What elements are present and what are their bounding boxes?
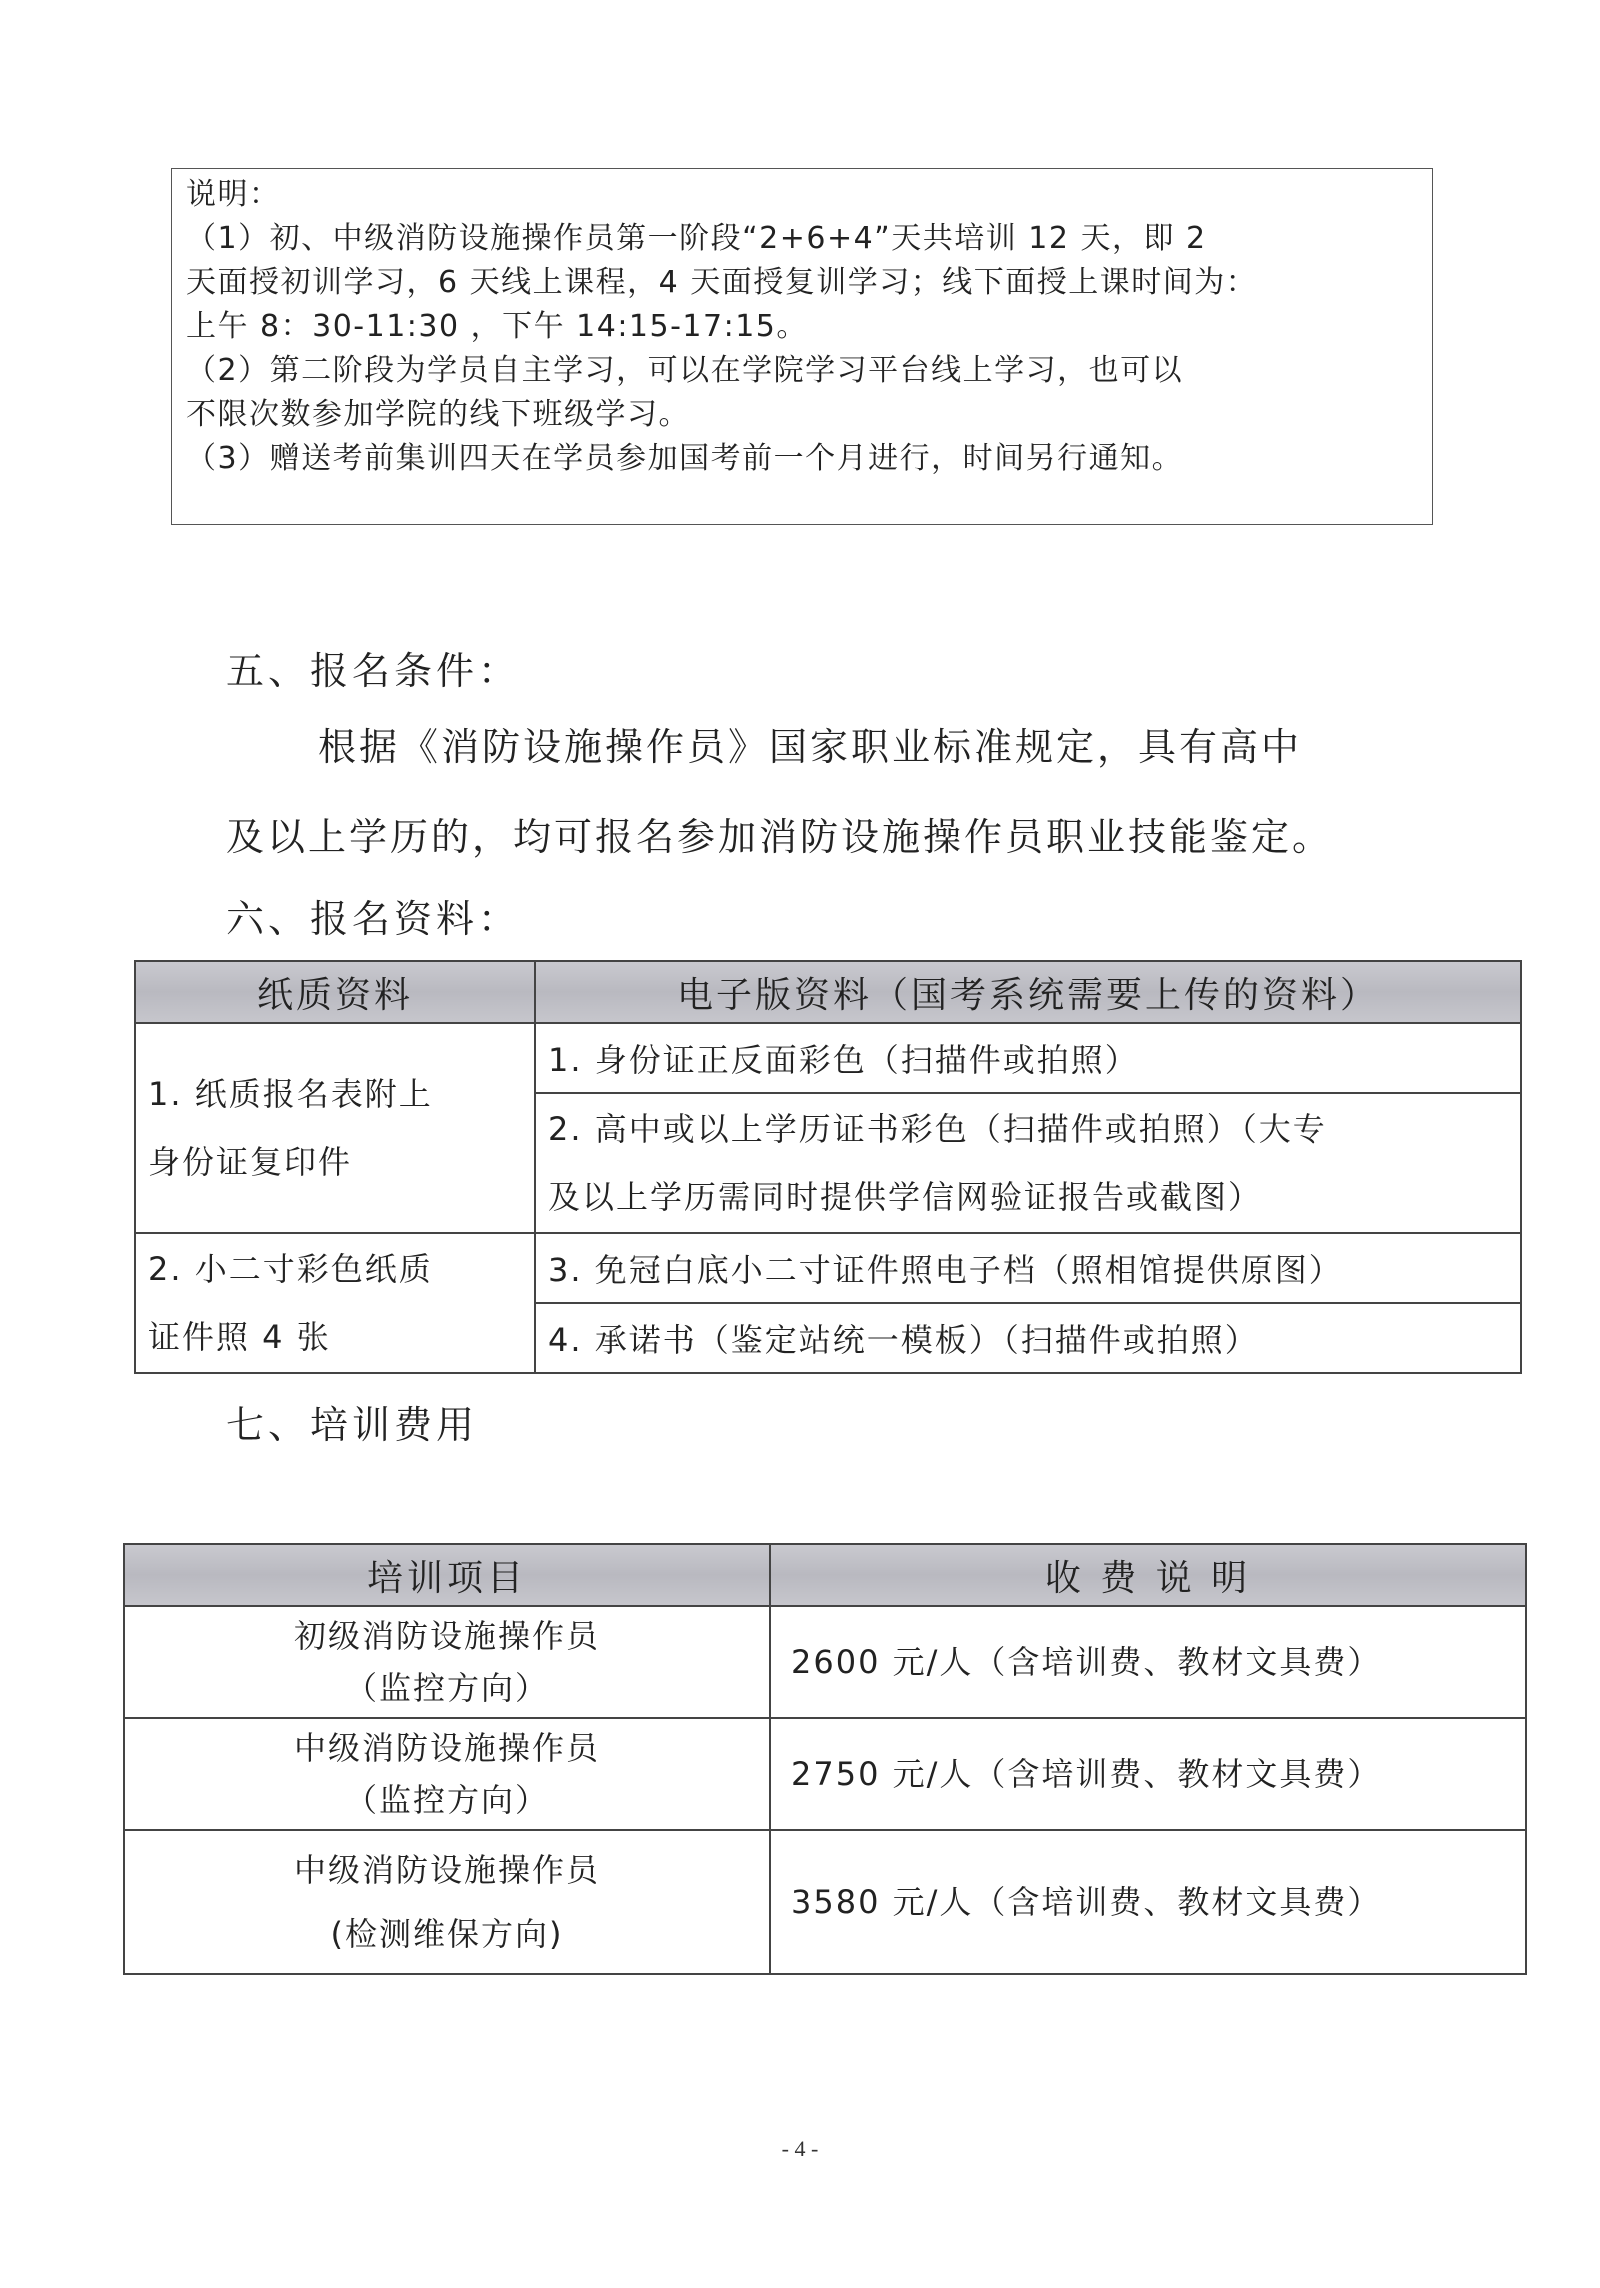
section5-body-line1: 根据《消防设施操作员》国家职业标准规定，具有高中 xyxy=(318,716,1302,771)
fee-item-name: 中级消防设施操作员 (检测维保方向) xyxy=(124,1830,770,1974)
fee-item-name: 初级消防设施操作员 （监控方向） xyxy=(124,1606,770,1718)
electronic-item-2-line1: 2. 高中或以上学历证书彩色（扫描件或拍照）（大专 xyxy=(548,1095,1508,1163)
fee-item-line1: 初级消防设施操作员 xyxy=(126,1610,768,1662)
electronic-item-2: 2. 高中或以上学历证书彩色（扫描件或拍照）（大专 及以上学历需同时提供学信网验… xyxy=(535,1093,1521,1233)
paper-item-1-line1: 1. 纸质报名表附上 xyxy=(148,1060,522,1128)
materials-table: 纸质资料 电子版资料（国考系统需要上传的资料） 1. 纸质报名表附上 身份证复印… xyxy=(134,960,1522,1374)
materials-header-electronic: 电子版资料（国考系统需要上传的资料） xyxy=(535,961,1521,1023)
electronic-item-4: 4. 承诺书（鉴定站统一模板）（扫描件或拍照） xyxy=(535,1303,1521,1373)
electronic-item-3: 3. 免冠白底小二寸证件照电子档（照相馆提供原图） xyxy=(535,1233,1521,1303)
table-row: 中级消防设施操作员 (检测维保方向) 3580 元/人（含培训费、教材文具费） xyxy=(124,1830,1526,1974)
fee-item-line2: （监控方向） xyxy=(126,1662,768,1714)
notes-box: 说明： （1）初、中级消防设施操作员第一阶段“2+6+4”天共培训 12 天，即… xyxy=(171,168,1433,525)
fee-item-name: 中级消防设施操作员 （监控方向） xyxy=(124,1718,770,1830)
table-row: 2. 小二寸彩色纸质 证件照 4 张 3. 免冠白底小二寸证件照电子档（照相馆提… xyxy=(135,1233,1521,1303)
section5-body-line2: 及以上学历的，均可报名参加消防设施操作员职业技能鉴定。 xyxy=(226,806,1333,861)
table-row: 初级消防设施操作员 （监控方向） 2600 元/人（含培训费、教材文具费） xyxy=(124,1606,1526,1718)
section5-heading: 五、报名条件： xyxy=(226,640,520,695)
notes-line: （2）第二阶段为学员自主学习，可以在学院学习平台线上学习，也可以 xyxy=(186,349,1422,393)
fee-item-line1: 中级消防设施操作员 xyxy=(126,1722,768,1774)
paper-item-2-line2: 证件照 4 张 xyxy=(148,1303,522,1371)
electronic-item-2-line2: 及以上学历需同时提供学信网验证报告或截图） xyxy=(548,1163,1508,1231)
materials-header-paper: 纸质资料 xyxy=(135,961,535,1023)
section7-heading: 七、培训费用 xyxy=(226,1394,478,1449)
fee-amount: 3580 元/人（含培训费、教材文具费） xyxy=(770,1830,1526,1974)
materials-header-row: 纸质资料 电子版资料（国考系统需要上传的资料） xyxy=(135,961,1521,1023)
fee-amount: 2750 元/人（含培训费、教材文具费） xyxy=(770,1718,1526,1830)
fee-amount: 2600 元/人（含培训费、教材文具费） xyxy=(770,1606,1526,1718)
fee-item-line2: (检测维保方向) xyxy=(126,1902,768,1966)
fees-header-item: 培训项目 xyxy=(124,1544,770,1606)
paper-item-1-line2: 身份证复印件 xyxy=(148,1128,522,1196)
fees-header-row: 培训项目 收 费 说 明 xyxy=(124,1544,1526,1606)
fees-table: 培训项目 收 费 说 明 初级消防设施操作员 （监控方向） 2600 元/人（含… xyxy=(123,1543,1527,1975)
fee-item-line1: 中级消防设施操作员 xyxy=(126,1838,768,1902)
notes-title: 说明： xyxy=(186,173,1422,217)
paper-item-2-line1: 2. 小二寸彩色纸质 xyxy=(148,1235,522,1303)
notes-line: 上午 8：30-11:30 ，下午 14:15-17:15。 xyxy=(186,305,1422,349)
table-row: 1. 纸质报名表附上 身份证复印件 1. 身份证正反面彩色（扫描件或拍照） xyxy=(135,1023,1521,1093)
fees-header-fee: 收 费 说 明 xyxy=(770,1544,1526,1606)
notes-line: 天面授初训学习，6 天线上课程，4 天面授复训学习；线下面授上课时间为： xyxy=(186,261,1422,305)
section6-heading: 六、报名资料： xyxy=(226,888,520,943)
notes-line: 不限次数参加学院的线下班级学习。 xyxy=(186,393,1422,437)
table-row: 中级消防设施操作员 （监控方向） 2750 元/人（含培训费、教材文具费） xyxy=(124,1718,1526,1830)
page-number: - 4 - xyxy=(0,2136,1600,2162)
electronic-item-1: 1. 身份证正反面彩色（扫描件或拍照） xyxy=(535,1023,1521,1093)
notes-line: （1）初、中级消防设施操作员第一阶段“2+6+4”天共培训 12 天，即 2 xyxy=(186,217,1422,261)
paper-item-1: 1. 纸质报名表附上 身份证复印件 xyxy=(135,1023,535,1233)
fee-item-line2: （监控方向） xyxy=(126,1774,768,1826)
notes-line: （3）赠送考前集训四天在学员参加国考前一个月进行，时间另行通知。 xyxy=(186,437,1422,481)
paper-item-2: 2. 小二寸彩色纸质 证件照 4 张 xyxy=(135,1233,535,1373)
